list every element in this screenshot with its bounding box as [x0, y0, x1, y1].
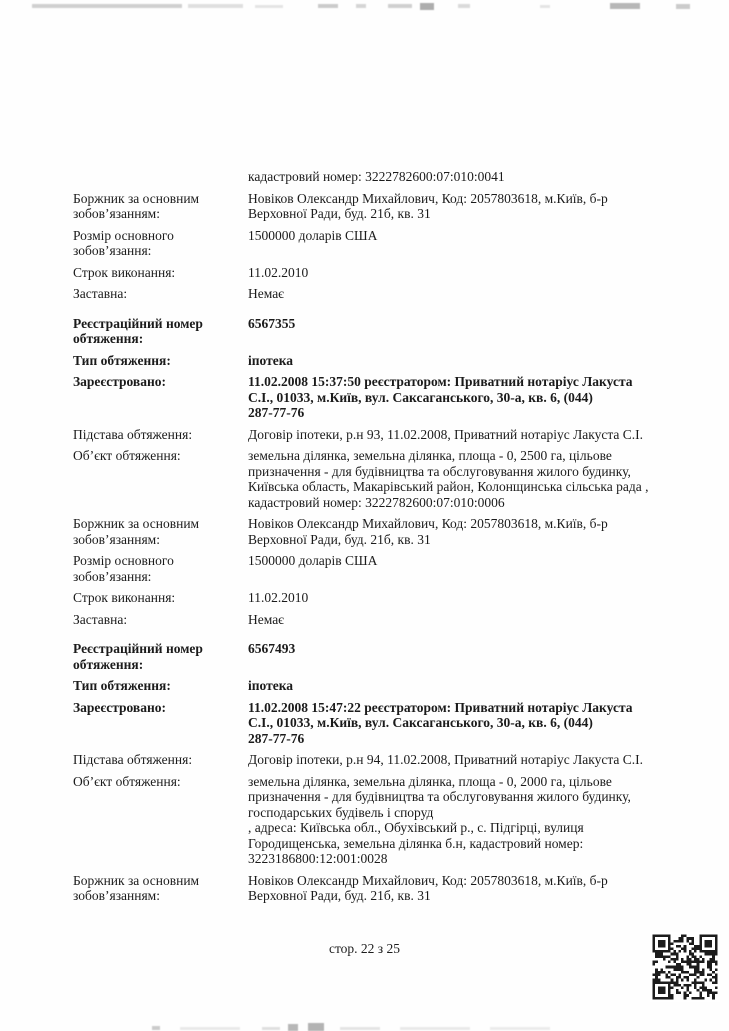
field-value: 11.02.2010 [248, 590, 688, 606]
field-label: Підстава обтяження: [73, 752, 248, 768]
field-row: Реєстраційний номер обтяження: 6567493 [73, 641, 688, 672]
field-value: Новіков Олександр Михайлович, Код: 20578… [248, 191, 688, 222]
field-label: Заставна: [73, 612, 248, 628]
field-value: Договір іпотеки, р.н 93, 11.02.2008, При… [248, 427, 688, 443]
field-value: земельна ділянка, земельна ділянка, площ… [248, 448, 688, 510]
field-row: Тип обтяження: іпотека [73, 678, 688, 694]
field-value-line: кадастровий номер: 3222782600:07:010:004… [248, 169, 688, 185]
field-value: іпотека [248, 678, 688, 694]
field-value-line: Новіков Олександр Михайлович, Код: 20578… [248, 873, 688, 889]
field-value-line: Верховної Ради, буд. 21б, кв. 31 [248, 206, 688, 222]
field-value-line: Новіков Олександр Михайлович, Код: 20578… [248, 516, 688, 532]
field-label: Боржник за основним зобов’язанням: [73, 873, 248, 904]
field-value: 11.02.2010 [248, 265, 688, 281]
field-row: Підстава обтяження: Договір іпотеки, р.н… [73, 427, 688, 443]
field-row: Боржник за основним зобов’язанням: Новік… [73, 873, 688, 904]
field-label: Зареєстровано: [73, 700, 248, 716]
field-value-line: 287-77-76 [248, 405, 688, 421]
field-label: Реєстраційний номер обтяження: [73, 641, 248, 672]
field-value-line: призначення - для будівництва та обслуго… [248, 789, 688, 805]
field-value-line: С.І., 01033, м.Київ, вул. Саксаганського… [248, 715, 688, 731]
field-label: Тип обтяження: [73, 678, 248, 694]
field-row: Боржник за основним зобов’язанням: Новік… [73, 516, 688, 547]
scanned-document-page: кадастровий номер: 3222782600:07:010:004… [0, 0, 729, 1031]
field-value-line: Верховної Ради, буд. 21б, кв. 31 [248, 888, 688, 904]
scan-artifact-bottom [0, 1020, 729, 1031]
field-row: кадастровий номер: 3222782600:07:010:004… [73, 169, 688, 185]
document-fields: кадастровий номер: 3222782600:07:010:004… [73, 169, 688, 910]
field-row: Заставна: Немає [73, 612, 688, 628]
field-value-line: 1500000 доларів США [248, 553, 688, 569]
field-value: 6567493 [248, 641, 688, 657]
scan-artifact-top [0, 0, 729, 14]
field-row: Строк виконання: 11.02.2010 [73, 265, 688, 281]
field-value: земельна ділянка, земельна ділянка, площ… [248, 774, 688, 867]
field-row: Строк виконання: 11.02.2010 [73, 590, 688, 606]
field-value-line: Верховної Ради, буд. 21б, кв. 31 [248, 532, 688, 548]
field-value-line: , адреса: Київська обл., Обухівський р.,… [248, 820, 688, 836]
field-value-line: іпотека [248, 353, 688, 369]
field-value: Новіков Олександр Михайлович, Код: 20578… [248, 873, 688, 904]
field-value-line: 11.02.2008 15:37:50 реєстратором: Приват… [248, 374, 688, 390]
field-label: Об’єкт обтяження: [73, 774, 248, 790]
field-value-line: 11.02.2008 15:47:22 реєстратором: Приват… [248, 700, 688, 716]
field-value-line: 6567355 [248, 316, 688, 332]
page-number: стор. 22 з 25 [0, 941, 729, 957]
field-row: Зареєстровано: 11.02.2008 15:37:50 реєст… [73, 374, 688, 421]
field-value: кадастровий номер: 3222782600:07:010:004… [248, 169, 688, 185]
field-value: Немає [248, 286, 688, 302]
field-label: Строк виконання: [73, 265, 248, 281]
field-row: Підстава обтяження: Договір іпотеки, р.н… [73, 752, 688, 768]
field-value: 6567355 [248, 316, 688, 332]
field-row: Тип обтяження: іпотека [73, 353, 688, 369]
field-value: 11.02.2008 15:37:50 реєстратором: Приват… [248, 374, 688, 421]
field-value-line: С.І., 01033, м.Київ, вул. Саксаганського… [248, 390, 688, 406]
field-value-line: 11.02.2010 [248, 265, 688, 281]
field-value: іпотека [248, 353, 688, 369]
field-value-line: призначення - для будівництва та обслуго… [248, 464, 688, 480]
qr-code-icon [650, 932, 720, 1002]
field-value: Новіков Олександр Михайлович, Код: 20578… [248, 516, 688, 547]
field-value: 11.02.2008 15:47:22 реєстратором: Приват… [248, 700, 688, 747]
field-value-line: 6567493 [248, 641, 688, 657]
field-row: Реєстраційний номер обтяження: 6567355 [73, 316, 688, 347]
field-value-line: Немає [248, 612, 688, 628]
field-label: Заставна: [73, 286, 248, 302]
field-value-line: земельна ділянка, земельна ділянка, площ… [248, 774, 688, 790]
field-value-line: 287-77-76 [248, 731, 688, 747]
field-row: Боржник за основним зобов’язанням: Новік… [73, 191, 688, 222]
field-label: Розмір основного зобов’язання: [73, 553, 248, 584]
field-value: 1500000 доларів США [248, 553, 688, 569]
field-label: Розмір основного зобов’язання: [73, 228, 248, 259]
field-row: Об’єкт обтяження: земельна ділянка, земе… [73, 774, 688, 867]
field-row: Заставна: Немає [73, 286, 688, 302]
field-label: Підстава обтяження: [73, 427, 248, 443]
field-label: Об’єкт обтяження: [73, 448, 248, 464]
field-value-line: 3223186800:12:001:0028 [248, 851, 688, 867]
field-value: 1500000 доларів США [248, 228, 688, 244]
field-row: Розмір основного зобов’язання: 1500000 д… [73, 553, 688, 584]
field-row: Об’єкт обтяження: земельна ділянка, земе… [73, 448, 688, 510]
field-label: Зареєстровано: [73, 374, 248, 390]
field-value-line: Договір іпотеки, р.н 94, 11.02.2008, При… [248, 752, 688, 768]
field-value-line: іпотека [248, 678, 688, 694]
field-row: Розмір основного зобов’язання: 1500000 д… [73, 228, 688, 259]
field-value: Договір іпотеки, р.н 94, 11.02.2008, При… [248, 752, 688, 768]
field-value-line: земельна ділянка, земельна ділянка, площ… [248, 448, 688, 464]
field-value: Немає [248, 612, 688, 628]
field-value-line: Немає [248, 286, 688, 302]
field-value-line: Договір іпотеки, р.н 93, 11.02.2008, При… [248, 427, 688, 443]
field-value-line: кадастровий номер: 3222782600:07:010:000… [248, 495, 688, 511]
field-label: Боржник за основним зобов’язанням: [73, 516, 248, 547]
field-value-line: 11.02.2010 [248, 590, 688, 606]
field-label: Боржник за основним зобов’язанням: [73, 191, 248, 222]
field-value-line: господарських будівель і споруд [248, 805, 688, 821]
field-value-line: Київська область, Макарівський район, Ко… [248, 479, 688, 495]
field-row: Зареєстровано: 11.02.2008 15:47:22 реєст… [73, 700, 688, 747]
field-label: Тип обтяження: [73, 353, 248, 369]
field-value-line: Новіков Олександр Михайлович, Код: 20578… [248, 191, 688, 207]
field-value-line: 1500000 доларів США [248, 228, 688, 244]
field-label: Реєстраційний номер обтяження: [73, 316, 248, 347]
field-value-line: Городищенська, земельна ділянка б.н, кад… [248, 836, 688, 852]
field-label: Строк виконання: [73, 590, 248, 606]
